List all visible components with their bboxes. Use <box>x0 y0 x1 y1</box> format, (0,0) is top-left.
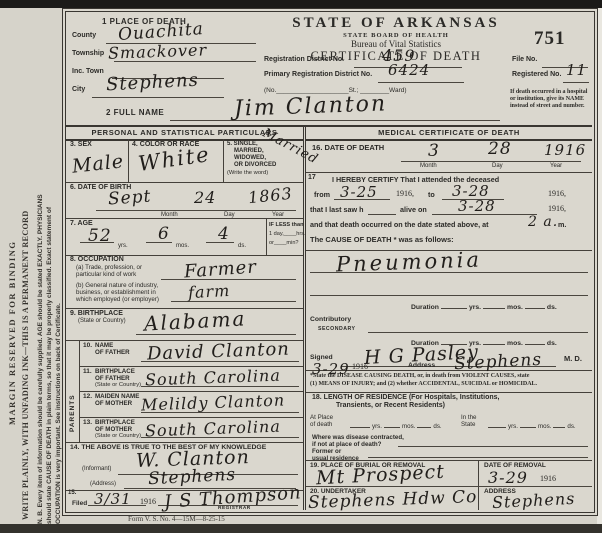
occupation-row: 8. OCCUPATION (a) Trade, profession, or … <box>66 255 303 309</box>
father-bp-number: 11. <box>83 368 92 375</box>
item-17-number: 17 <box>308 174 316 181</box>
if-less-label-3: or____min? <box>269 240 299 246</box>
registration-district-label: Registration District No. <box>264 56 344 63</box>
age-ifless-divider <box>266 218 267 255</box>
in-state-mos-blank <box>520 421 536 428</box>
removal-date-value: 3-29 <box>488 468 528 487</box>
from-year: 1916, <box>396 189 414 198</box>
margin-permanent-note: WRITE PLAINLY, WITH UNFADING INK—THIS IS… <box>21 210 30 520</box>
at-place-ds-label: ds. <box>433 423 441 430</box>
birthplace-sub-label: (State or Country) <box>78 318 126 324</box>
occupation-a-label-1: (a) Trade, profession, or <box>76 264 142 271</box>
duration-yrs-blank-1 <box>441 302 467 309</box>
footnote-line-2: (1) MEANS OF INJURY; and (2) whether ACC… <box>310 381 537 387</box>
in-state-duration: yrs.mos.ds. <box>486 421 576 430</box>
from-label: from <box>314 190 330 199</box>
primary-district-label: Primary Registration District No. <box>264 71 372 78</box>
duration-label-1: Duration <box>411 304 439 311</box>
duration-ds-label-2: ds. <box>547 340 557 347</box>
dob-month-label: Month <box>161 212 178 218</box>
former-residence-label-1: Former or <box>312 448 341 455</box>
sex-label: 3. SEX <box>70 141 92 148</box>
mother-name-row: 12. MAIDEN NAME OF MOTHER Melildy Clanto… <box>79 391 303 418</box>
margin-nb-line1: N. B. Every item of information should b… <box>37 194 44 524</box>
duration-ds-blank-2 <box>525 338 545 345</box>
sex-value: Male <box>71 150 125 177</box>
dod-year-value: 1916 <box>544 141 586 159</box>
death-occurred-text: and that death occurred on the date stat… <box>310 220 489 229</box>
former-residence-line <box>368 457 588 458</box>
in-state-yrs-label: yrs. <box>508 423 518 430</box>
to-label: to <box>428 190 435 199</box>
date-of-birth-row: 6. DATE OF BIRTH Sept 24 1863 Month Day … <box>66 182 303 219</box>
dob-day-label: Day <box>224 212 235 218</box>
occupation-b-value: farm <box>188 281 231 302</box>
duration-row-1: Durationyrs.mos.ds. <box>411 302 557 311</box>
dob-line <box>96 210 296 211</box>
board-subtitle: STATE BOARD OF HEALTH <box>266 32 526 39</box>
cause-of-death-block: Pneumonia Durationyrs.mos.ds. Contributo… <box>306 250 592 371</box>
registered-no-value: 11 <box>566 61 587 79</box>
marital-label-3: WIDOWED, <box>234 155 266 161</box>
mother-name-label-2: OF MOTHER <box>95 400 132 407</box>
burial-grid-vertical-divider <box>478 460 479 510</box>
scan-bottom-edge <box>0 524 602 533</box>
at-place-duration: yrs.mos.ds. <box>348 421 442 430</box>
mother-bp-number: 13. <box>83 419 92 426</box>
informant-label: (Informant) <box>82 466 111 472</box>
if-less-label-2: 1 day,____hrs. <box>269 231 306 237</box>
dob-month-value: Sept <box>107 187 152 210</box>
filed-item-number: 15. <box>68 490 76 496</box>
duration-mos-blank-2 <box>483 338 505 345</box>
age-months-unit: mos. <box>176 243 189 249</box>
father-bp-label-2: OF FATHER <box>95 375 130 382</box>
age-years-value: 52 <box>88 226 112 246</box>
age-row: 7. AGE 52 yrs. 6 mos. 4 ds. IF LESS than… <box>66 218 303 256</box>
father-name-row: 10. NAME OF FATHER David Clanton <box>79 340 303 367</box>
last-saw-date-value: 3-28 <box>458 197 496 215</box>
burial-undertaker-grid: 19. PLACE OF BURIAL OR REMOVAL Mt Prospe… <box>306 460 592 510</box>
at-place-yrs-blank <box>350 421 370 428</box>
occupation-b-label-1: (b) General nature of industry, <box>76 282 158 289</box>
last-saw-text: that I last saw h <box>310 205 364 214</box>
mother-bp-label-3: (State or Country) <box>95 433 141 439</box>
death-time-value: 2 a. <box>528 214 558 230</box>
md-label: M. D. <box>564 354 582 363</box>
father-bp-label-1: BIRTHPLACE <box>95 368 135 375</box>
dob-day-value: 24 <box>194 188 216 207</box>
inc-town-label: Inc. Town <box>72 68 104 75</box>
full-name-line <box>170 120 500 121</box>
occupation-b-label-2: business, or establishment in <box>76 289 156 296</box>
cause-of-death-label: The CAUSE OF DEATH * was as follows: <box>310 235 454 244</box>
primary-district-value: 6424 <box>388 61 430 79</box>
birthplace-row: 9. BIRTHPLACE (State or Country) Alabama <box>66 308 303 341</box>
scan-top-edge <box>0 0 602 8</box>
dod-label: 16. DATE OF DEATH <box>312 143 384 152</box>
dob-year-value: 1863 <box>247 184 293 208</box>
race-marital-divider <box>223 139 224 182</box>
city-label: City <box>72 86 85 93</box>
occupation-label: 8. OCCUPATION <box>70 256 124 263</box>
certification-paragraph: 17 I HEREBY CERTIFY That I attended the … <box>306 172 592 251</box>
at-place-mos-blank <box>384 421 400 428</box>
in-state-yrs-blank <box>488 421 506 428</box>
from-date-value: 3-25 <box>340 183 378 201</box>
alive-on-text: alive on <box>400 205 427 214</box>
registered-no-line <box>563 82 589 83</box>
father-bp-label-3: (State or Country) <box>95 382 141 388</box>
contributory-label: Contributory <box>310 316 351 323</box>
margin-binding-note: MARGIN RESERVED FOR BINDING <box>7 241 17 425</box>
dod-day-value: 28 <box>488 139 512 159</box>
duration-yrs-label-1: yrs. <box>469 304 481 311</box>
filed-row: 15. Filed 3/31 1916 J S Thompson REGISTR… <box>66 490 303 510</box>
date-of-death-row: 16. DATE OF DEATH 3 28 1916 Month Day Ye… <box>306 139 592 173</box>
hospital-note: If death occurred in a hospital or insti… <box>510 89 590 110</box>
margin-nb-line2: should state CAUSE OF DEATH in plain ter… <box>46 207 53 524</box>
file-no-label: File No. <box>512 56 537 63</box>
occupation-b-label-3: which employed (or employer) <box>76 296 159 303</box>
mother-bp-label-2: OF MOTHER <box>95 426 132 433</box>
age-days-value: 4 <box>218 224 230 244</box>
to-year: 1916, <box>548 189 566 198</box>
cause-line-2 <box>310 295 588 296</box>
in-state-label-2: State <box>461 421 475 428</box>
marital-label-1: 5. SINGLE, <box>227 141 258 147</box>
dod-month-value: 3 <box>428 141 440 161</box>
township-value: Smackover <box>108 40 208 62</box>
sex-race-divider <box>128 139 129 182</box>
mother-name-value: Melildy Clanton <box>141 390 286 414</box>
signed-date-value: 3-29 <box>312 360 350 378</box>
contributory-line <box>368 332 588 333</box>
at-place-label-1: At Place <box>310 414 333 421</box>
dod-day-label: Day <box>492 163 503 169</box>
marital-write-word: (Write the word) <box>227 170 268 176</box>
filed-year-value: 1916 <box>140 497 156 506</box>
informant-address-label: (Address) <box>90 481 116 487</box>
dod-month-label: Month <box>420 163 437 169</box>
sex-race-marital-row: 3. SEX Male 4. COLOR OR RACE White 5. SI… <box>66 139 303 183</box>
full-name-label: 2 FULL NAME <box>106 108 164 117</box>
in-state-ds-blank <box>553 421 565 428</box>
length-of-residence-block: 18. LENGTH OF RESIDENCE (For Hospitals, … <box>306 392 592 461</box>
if-less-label-1: IF LESS than <box>269 222 304 228</box>
at-place-yrs-label: yrs. <box>372 423 382 430</box>
secondary-label: SECONDARY <box>318 326 355 332</box>
at-place-mos-label: mos. <box>402 423 415 430</box>
mother-birthplace-row: 13. BIRTHPLACE OF MOTHER (State or Count… <box>79 417 303 442</box>
form-number: Form V. S. No. 4—15M—8-25-15 <box>128 515 225 523</box>
township-label: Township <box>72 50 104 57</box>
death-time-suffix: m. <box>558 220 566 229</box>
duration-ds-label-1: ds. <box>547 304 557 311</box>
dod-year-label: Year <box>550 163 562 169</box>
father-name-label-2: OF FATHER <box>95 349 130 356</box>
duration-mos-label-2: mos. <box>507 340 523 347</box>
city-value: Stephens <box>106 70 200 96</box>
state-title: STATE OF ARKANSAS <box>266 15 526 32</box>
mother-name-number: 12. <box>83 393 92 400</box>
in-state-mos-label: mos. <box>538 423 551 430</box>
mother-bp-label-1: BIRTHPLACE <box>95 419 135 426</box>
age-years-unit: yrs. <box>118 243 128 249</box>
informant-address-value: Stephens <box>148 465 237 490</box>
filed-date-value: 3/31 <box>94 490 132 508</box>
mother-name-label-1: MAIDEN NAME <box>95 393 139 400</box>
last-saw-year: 1916, <box>548 204 566 213</box>
parents-vertical-label: PARENTS <box>69 394 76 432</box>
disease-contracted-line <box>398 446 588 447</box>
at-place-label-2: of death <box>310 421 332 428</box>
disease-contracted-label-1: Where was disease contracted, <box>312 434 404 441</box>
city-line <box>92 97 224 98</box>
birthplace-label: 9. BIRTHPLACE <box>70 310 123 317</box>
undertaker-address-value: Stephens <box>492 489 576 512</box>
removal-year-value: 1916 <box>540 474 556 483</box>
in-state-label-1: In the <box>461 414 476 421</box>
in-state-ds-label: ds. <box>567 423 575 430</box>
birthplace-value: Alabama <box>143 306 247 335</box>
filed-label: Filed <box>72 500 87 507</box>
form-header: 1 PLACE OF DEATH County Ouachita Townshi… <box>66 12 592 127</box>
primary-district-line <box>378 82 464 83</box>
age-months-value: 6 <box>158 224 170 244</box>
county-label: County <box>72 32 96 39</box>
certificate-form-inner: 1 PLACE OF DEATH County Ouachita Townshi… <box>65 11 595 513</box>
full-name-value: Jim Clanton <box>234 91 388 121</box>
certificate-form: 1 PLACE OF DEATH County Ouachita Townshi… <box>62 8 598 516</box>
marital-label-4: OR DIVORCED <box>234 162 276 168</box>
dod-line <box>401 161 581 162</box>
parents-section: PARENTS 10. NAME OF FATHER David Clanton… <box>66 340 303 443</box>
father-name-label-1: NAME <box>95 342 113 349</box>
duration-ds-blank-1 <box>525 302 545 309</box>
residence-label-1: 18. LENGTH OF RESIDENCE (For Hospitals, … <box>312 394 499 401</box>
serial-number: 751 <box>534 28 566 50</box>
duration-mos-blank-1 <box>483 302 505 309</box>
marital-label-2: MARRIED, <box>234 148 264 154</box>
registered-no-label: Registered No. <box>512 71 561 78</box>
at-place-ds-blank <box>417 421 431 428</box>
father-name-number: 10. <box>83 342 92 349</box>
age-days-unit: ds. <box>238 243 246 249</box>
residence-label-2: Transients, or Recent Residents) <box>336 402 445 409</box>
margin-nb-line3: OCCUPATION is very important. See instru… <box>55 303 62 524</box>
occupation-a-label-2: particular kind of work <box>76 271 136 278</box>
duration-mos-label-1: mos. <box>507 304 523 311</box>
dob-year-label: Year <box>272 212 284 218</box>
father-birthplace-row: 11. BIRTHPLACE OF FATHER (State or Count… <box>79 366 303 392</box>
cause-of-death-value: Pneumonia <box>336 247 483 276</box>
disease-contracted-label-2: if not at place of death? <box>312 441 381 448</box>
last-saw-blank <box>368 214 396 215</box>
